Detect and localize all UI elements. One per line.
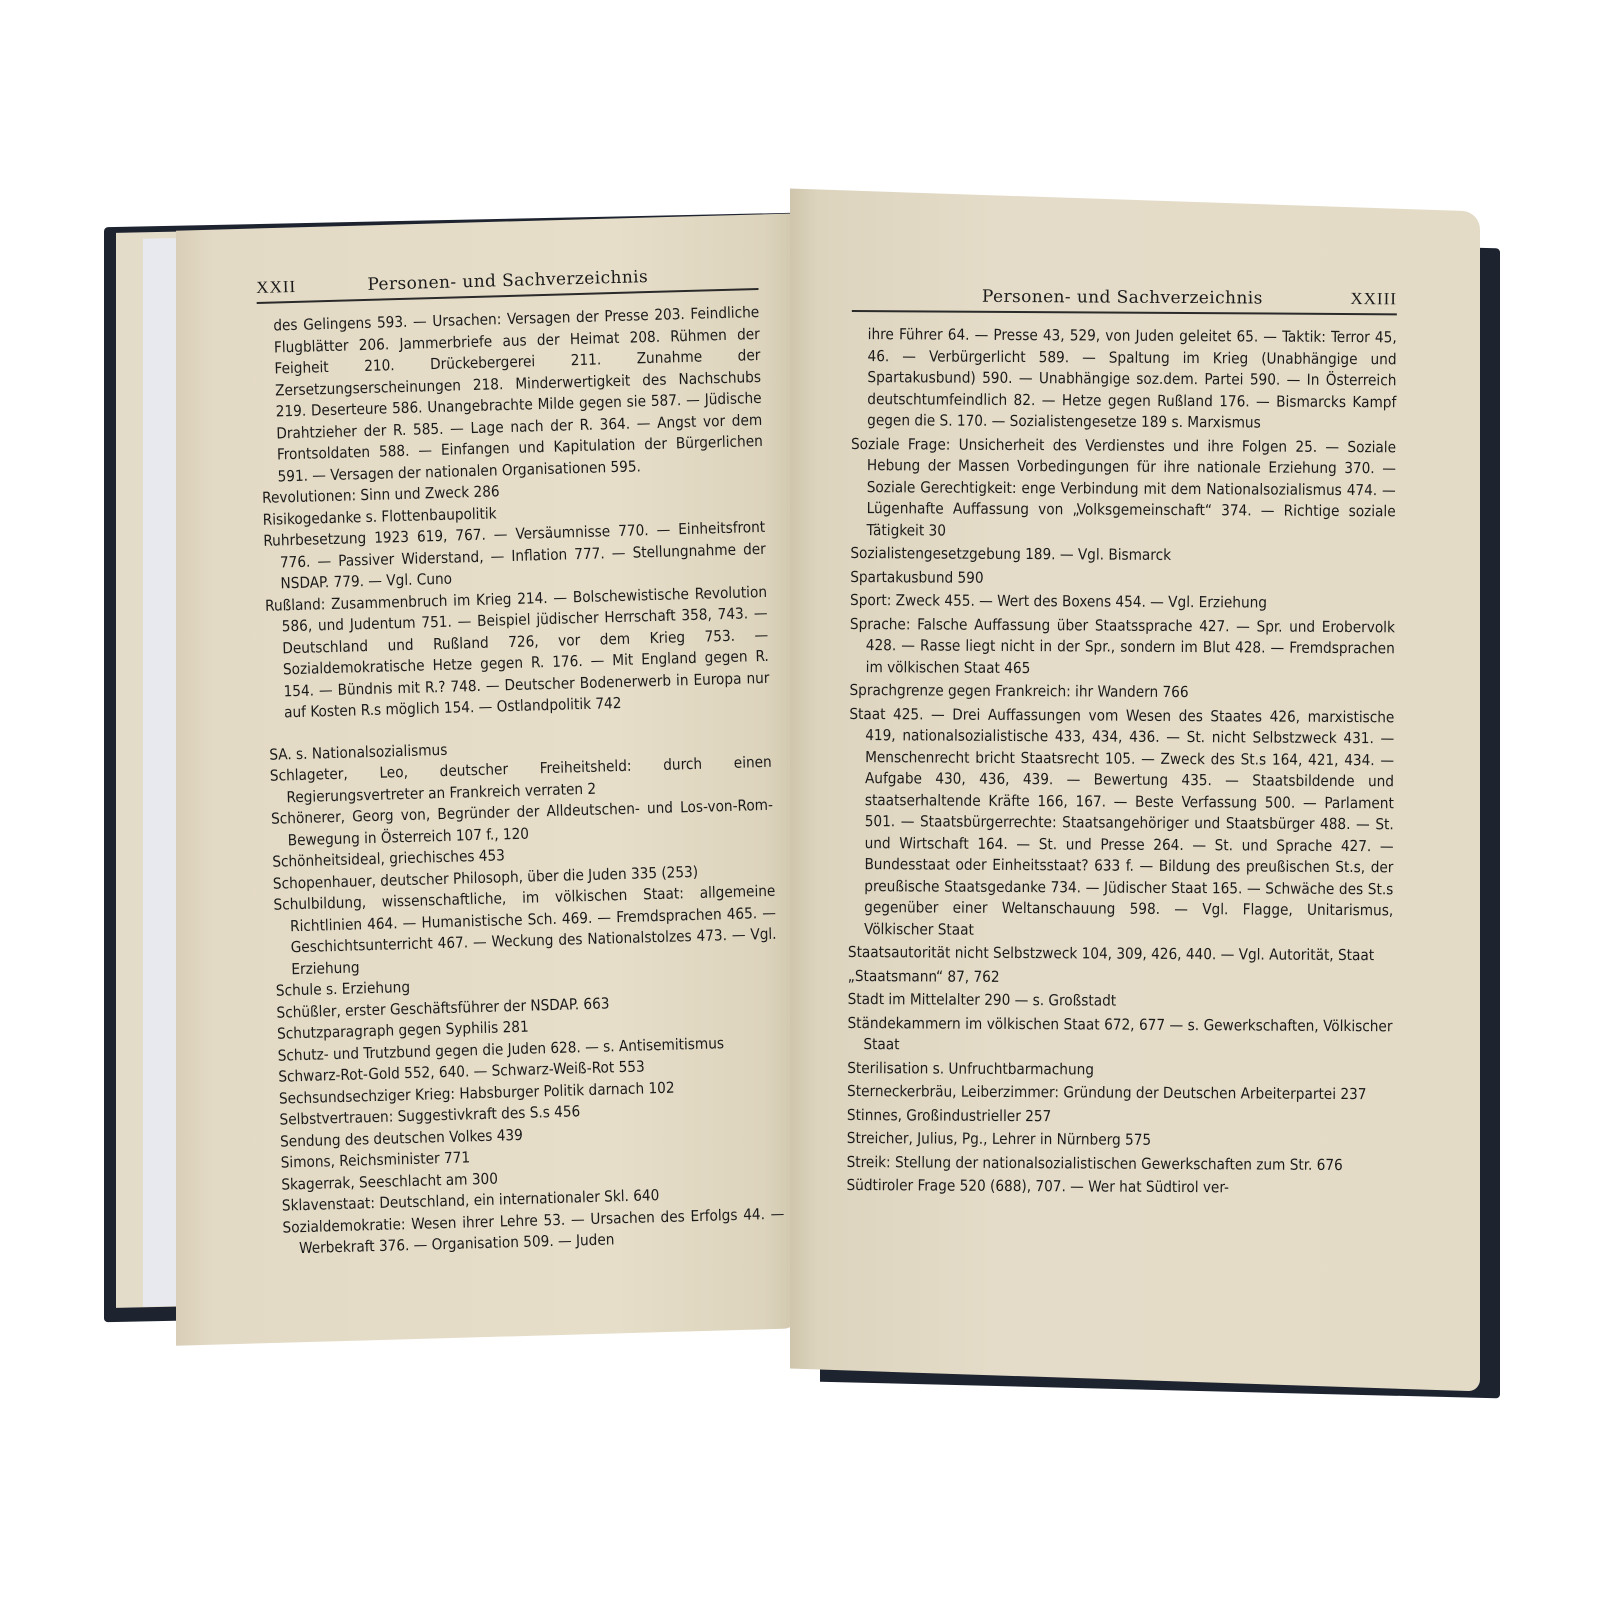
index-entry: Staatsautorität nicht Selbstzweck 104, 3…: [848, 942, 1393, 967]
index-entry: Schulbildung, wissenschaftliche, im völk…: [273, 881, 777, 981]
open-book-photo: XXII Personen- und Sachverzeichnis des G…: [0, 0, 1600, 1600]
index-entry: Streik: Stellung der nationalsozialistis…: [847, 1151, 1392, 1176]
index-entry: Soziale Frage: Unsicherheit des Verdiens…: [850, 433, 1396, 544]
index-entry: Südtiroler Frage 520 (688), 707. — Wer h…: [846, 1175, 1391, 1200]
index-entry: Sport: Zweck 455. — Wert des Boxens 454.…: [850, 590, 1395, 615]
index-entries: des Gelingens 593. — Ursachen: Versagen …: [257, 302, 785, 1260]
index-entry: des Gelingens 593. — Ursachen: Versagen …: [257, 302, 764, 488]
index-entry: Sprachgrenze gegen Frankreich: ihr Wande…: [849, 680, 1394, 705]
index-entry: Sozialistengesetzgebung 189. — Vgl. Bism…: [850, 543, 1395, 568]
index-entry: ihre Führer 64. — Presse 43, 529, von Ju…: [851, 324, 1397, 435]
index-entry: Spartakusbund 590: [850, 566, 1395, 591]
index-entry: Stadt im Mittelalter 290 — s. Großstadt: [848, 989, 1393, 1014]
index-entry: Rußland: Zusammenbruch im Krieg 214. — B…: [265, 581, 770, 724]
index-entries: ihre Führer 64. — Presse 43, 529, von Ju…: [846, 324, 1396, 1200]
page-number: XXIII: [1350, 289, 1397, 309]
index-entry: Streicher, Julius, Pg., Lehrer in Nürnbe…: [847, 1128, 1392, 1153]
index-entry: Sterilisation s. Unfruchtbarmachung: [847, 1057, 1392, 1082]
index-entry: Sprache: Falsche Auffassung über Staatss…: [850, 613, 1395, 681]
index-entry: Stinnes, Großindustrieller 257: [847, 1104, 1392, 1129]
page-number: XXII: [256, 277, 296, 298]
index-entry: Ständekammern im völkischen Staat 672, 6…: [847, 1012, 1392, 1058]
index-entry: „Staatsmann“ 87, 762: [848, 965, 1393, 990]
right-page: Personen- und Sachverzeichnis XXIII ihre…: [846, 286, 1397, 1202]
running-title: Personen- und Sachverzeichnis: [982, 287, 1263, 309]
index-entry: Sterneckerbräu, Leiberzimmer: Gründung d…: [847, 1081, 1392, 1106]
left-page: XXII Personen- und Sachverzeichnis des G…: [256, 264, 785, 1260]
index-entry: Staat 425. — Drei Auffassungen vom Wesen…: [848, 703, 1394, 943]
right-running-head: Personen- und Sachverzeichnis XXIII: [852, 286, 1397, 315]
